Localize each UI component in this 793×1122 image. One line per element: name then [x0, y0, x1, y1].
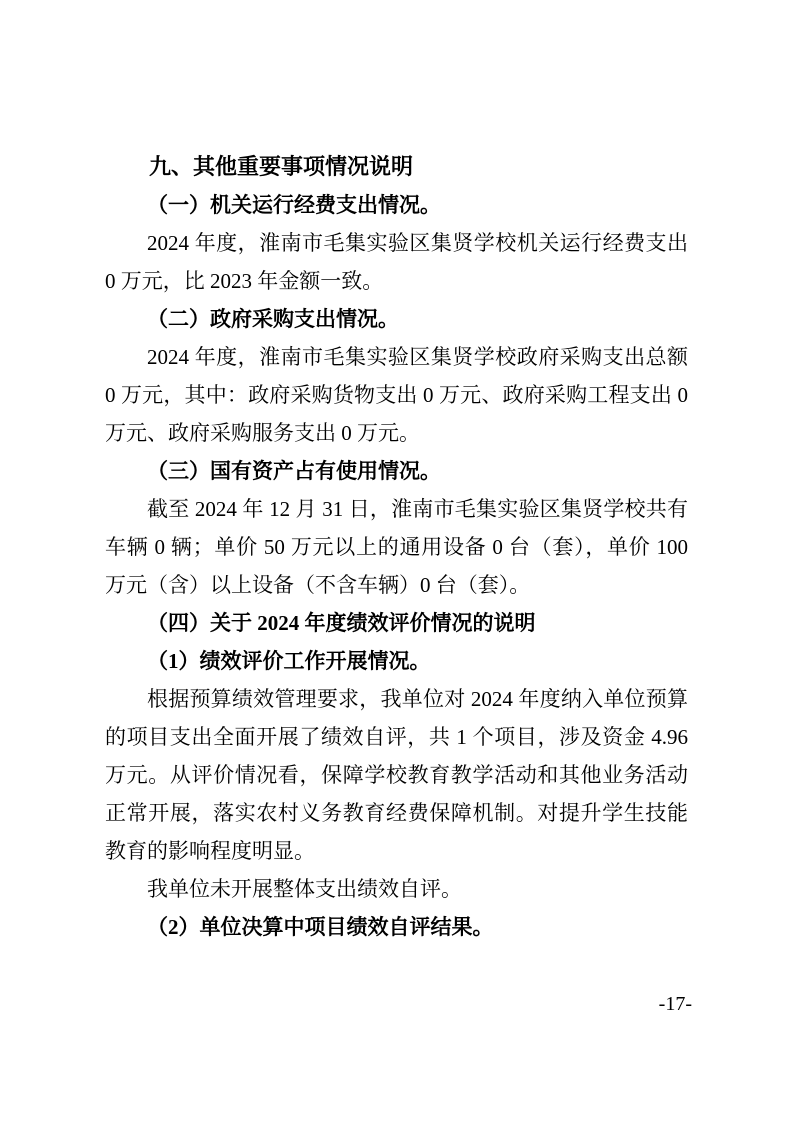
body-paragraph-government-procurement: 2024 年度，淮南市毛集实验区集贤学校政府采购支出总额 0 万元，其中：政府采… [105, 338, 688, 452]
body-paragraph-performance-self-evaluation: 根据预算绩效管理要求，我单位对 2024 年度纳入单位预算的项目支出全面开展了绩… [105, 680, 688, 870]
subheading-project-self-evaluation-results: （2）单位决算中项目绩效自评结果。 [105, 908, 688, 946]
subsection-heading-performance-evaluation: （四）关于 2024 年度绩效评价情况的说明 [105, 604, 688, 642]
subsection-heading-state-owned-assets: （三）国有资产占有使用情况。 [105, 452, 688, 490]
page-number: -17- [659, 990, 692, 1018]
body-paragraph-no-overall-evaluation: 我单位未开展整体支出绩效自评。 [105, 870, 688, 908]
subheading-performance-evaluation-work: （1）绩效评价工作开展情况。 [105, 642, 688, 680]
document-page: 九、其他重要事项情况说明 （一）机关运行经费支出情况。 2024 年度，淮南市毛… [0, 0, 793, 1122]
document-content: 九、其他重要事项情况说明 （一）机关运行经费支出情况。 2024 年度，淮南市毛… [105, 148, 688, 946]
body-paragraph-agency-operating-expense: 2024 年度，淮南市毛集实验区集贤学校机关运行经费支出 0 万元，比 2023… [105, 224, 688, 300]
section-title-other-important-matters: 九、其他重要事项情况说明 [105, 148, 688, 186]
body-paragraph-state-owned-assets: 截至 2024 年 12 月 31 日，淮南市毛集实验区集贤学校共有车辆 0 辆… [105, 490, 688, 604]
subsection-heading-agency-operating-expense: （一）机关运行经费支出情况。 [105, 186, 688, 224]
subsection-heading-government-procurement: （二）政府采购支出情况。 [105, 300, 688, 338]
